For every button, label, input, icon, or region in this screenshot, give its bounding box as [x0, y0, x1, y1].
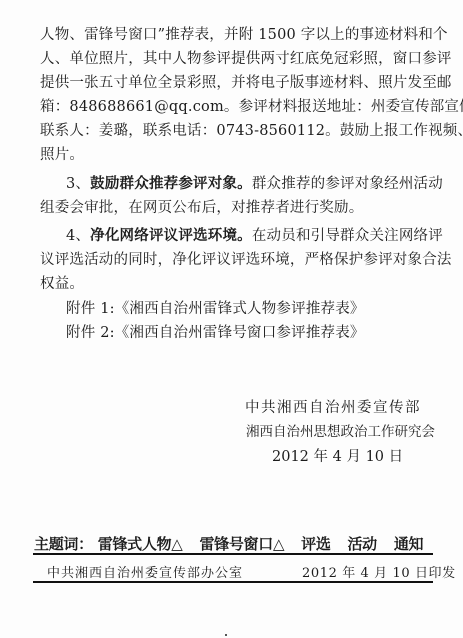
divider-rule	[33, 553, 433, 555]
footer-issue-date: 2012 年 4 月 10 日印发	[302, 562, 456, 581]
item-4-line: 4、净化网络评议评选环境。在动员和引导群众关注网络评	[66, 227, 450, 245]
signature-org-2: 湘西自治州思想政治工作研究会	[246, 423, 435, 441]
attachment-1: 附件 1:《湘西自治州雷锋式人物参评推荐表》	[66, 300, 450, 318]
attachment-2: 附件 2:《湘西自治州雷锋号窗口参评推荐表》	[66, 324, 450, 342]
body-line: 人物、雷锋号窗口”推荐表，并附 1500 字以上的事迹材料和个	[40, 26, 424, 44]
document-page: 人物、雷锋号窗口”推荐表，并附 1500 字以上的事迹材料和个 人、单位照片，其…	[0, 0, 463, 638]
body-line: 权益。	[40, 275, 424, 293]
keywords-label: 主题词：	[34, 535, 93, 553]
subject-keywords: 主题词： 雷锋式人物△ 雷锋号窗口△ 评选 活动 通知	[34, 533, 435, 554]
scan-speck	[225, 634, 227, 636]
footer-issuer: 中共湘西自治州委宣传部办公室	[47, 562, 243, 581]
body-line: 人、单位照片，其中人物参评提供两寸红底免冠彩照，窗口参评	[40, 50, 424, 68]
signature-date: 2012 年 4 月 10 日	[272, 448, 403, 466]
keyword: 雷锋式人物△	[98, 535, 183, 553]
divider-rule	[33, 581, 433, 583]
item-3-heading: 鼓励群众推荐参评对象。	[90, 176, 252, 192]
body-line: 提供一张五寸单位全景彩照，并将电子版事迹材料、照片发至邮	[40, 74, 424, 92]
item-4-number: 4、	[66, 228, 90, 244]
item-3-number: 3、	[66, 176, 90, 192]
keyword: 通知	[394, 535, 423, 553]
body-line: 照片。	[40, 146, 424, 164]
keyword: 评选	[301, 535, 330, 553]
body-line: 联系人：姜璐，联系电话：0743-8560112。鼓励上报工作视频、	[40, 122, 424, 140]
keyword: 活动	[347, 535, 376, 553]
body-line: 议评选活动的同时，净化评议评选环境，严格保护参评对象合法	[40, 251, 424, 269]
body-line: 组委会审批，在网页公布后，对推荐者进行奖励。	[40, 199, 424, 217]
body-line: 箱：848688661@qq.com。参评材料报送地址：州委宣传部宣传科，	[40, 98, 424, 116]
signature-org-1: 中共湘西自治州委宣传部	[245, 399, 421, 417]
item-4-heading: 净化网络评议评选环境。	[90, 228, 252, 244]
item-3-line: 3、鼓励群众推荐参评对象。群众推荐的参评对象经州活动	[66, 175, 450, 193]
keyword: 雷锋号窗口△	[199, 535, 284, 553]
item-4-text: 在动员和引导群众关注网络评	[252, 228, 443, 244]
item-3-text: 群众推荐的参评对象经州活动	[252, 176, 443, 192]
